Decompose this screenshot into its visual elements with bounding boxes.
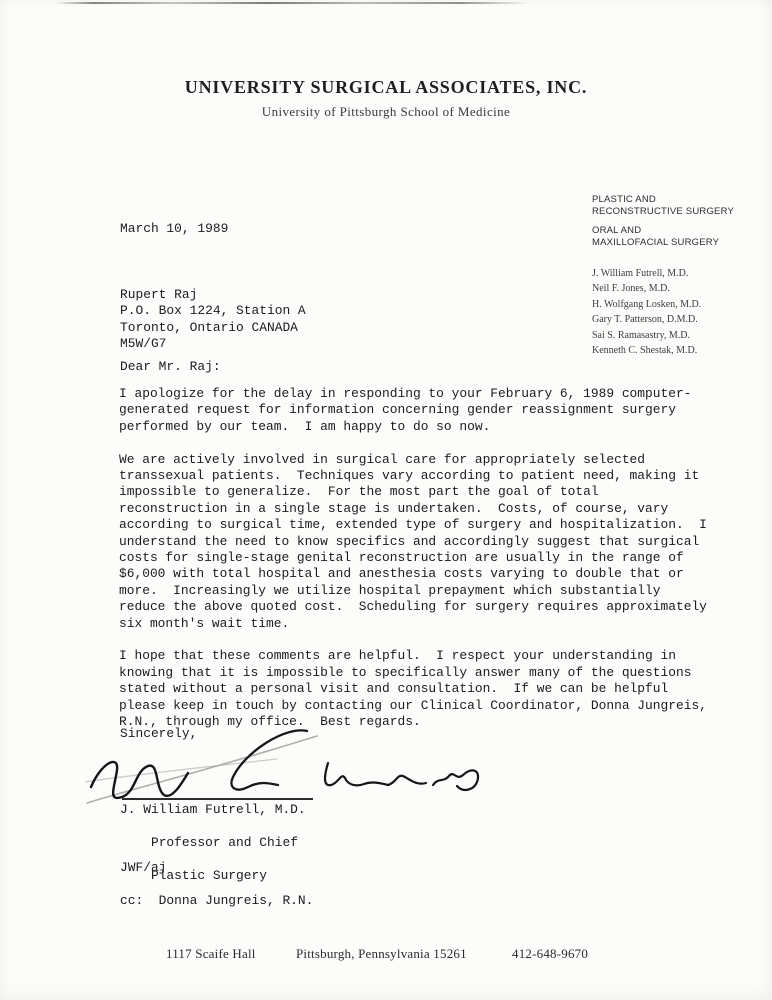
salutation: Dear Mr. Raj: bbox=[120, 359, 221, 375]
signature-block: J. William Futrell, M.D. Professor and C… bbox=[120, 802, 306, 900]
paragraph-2: We are actively involved in surgical car… bbox=[119, 452, 739, 632]
letter-date: March 10, 1989 bbox=[120, 221, 228, 237]
recipient-address: Rupert Raj P.O. Box 1224, Station A Toro… bbox=[120, 287, 306, 353]
physician-name: Kenneth C. Shestak, M.D. bbox=[592, 343, 767, 358]
scanned-letter-page: UNIVERSITY SURGICAL ASSOCIATES, INC. Uni… bbox=[0, 0, 772, 1000]
letterhead-footer: 1117 Scaife Hall Pittsburgh, Pennsylvani… bbox=[0, 946, 772, 966]
signer-name: J. William Futrell, M.D. bbox=[120, 802, 306, 817]
physician-name: J. William Futrell, M.D. bbox=[592, 266, 767, 281]
signature-line bbox=[122, 798, 313, 800]
cc-line: cc: Donna Jungreis, R.N. bbox=[120, 893, 313, 909]
letter-body: I apologize for the delay in responding … bbox=[119, 386, 739, 747]
scan-edge-artifact bbox=[55, 2, 530, 4]
paragraph-1: I apologize for the delay in responding … bbox=[119, 386, 739, 435]
paragraph-3: I hope that these comments are helpful. … bbox=[119, 648, 739, 730]
department-oral-surgery: ORAL AND MAXILLOFACIAL SURGERY bbox=[592, 225, 762, 249]
physician-name: H. Wolfgang Losken, M.D. bbox=[592, 297, 767, 312]
physician-list: J. William Futrell, M.D. Neil F. Jones, … bbox=[592, 266, 767, 358]
physician-name: Gary T. Patterson, D.M.D. bbox=[592, 312, 767, 327]
letterhead-organization: UNIVERSITY SURGICAL ASSOCIATES, INC. bbox=[0, 77, 772, 98]
physician-name: Sai S. Ramasastry, M.D. bbox=[592, 328, 767, 343]
department-list: PLASTIC AND RECONSTRUCTIVE SURGERY ORAL … bbox=[592, 194, 762, 256]
typist-initials: JWF/aj bbox=[120, 860, 166, 876]
footer-phone: 412-648-9670 bbox=[512, 946, 588, 962]
department-plastic-surgery: PLASTIC AND RECONSTRUCTIVE SURGERY bbox=[592, 194, 762, 218]
letterhead-school: University of Pittsburgh School of Medic… bbox=[0, 104, 772, 120]
signer-department: Plastic Surgery bbox=[151, 868, 267, 883]
footer-address: 1117 Scaife Hall bbox=[166, 946, 256, 962]
footer-city: Pittsburgh, Pennsylvania 15261 bbox=[296, 946, 467, 962]
signer-title: Professor and Chief bbox=[151, 835, 298, 850]
physician-name: Neil F. Jones, M.D. bbox=[592, 281, 767, 296]
